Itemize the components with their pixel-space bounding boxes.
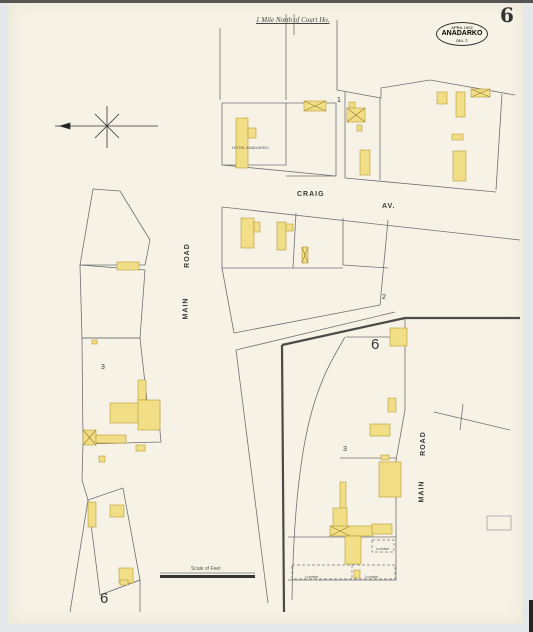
block-number-3-right: 3 [343,446,347,453]
street-main-upper: MAIN [182,298,189,320]
sheet-ref-lower: 6 [100,590,108,607]
street-craig: CRAIG [297,191,325,198]
sheet-number: 6 [500,3,514,27]
street-main-lower: MAIN [418,481,425,503]
hotel-label: HOTEL ANADARKO [232,145,269,150]
sheet-ref-upper: 6 [371,336,379,353]
scale-bar [160,573,255,578]
block-number-2: 2 [382,294,386,301]
stamp-territory: OKL.T. [437,38,487,43]
compass-rose-icon [55,106,158,148]
street-road-upper: ROAD [184,243,191,268]
north-note: 1 Mile North of Court Ho. [256,16,330,24]
block-number-1: 1 [337,97,341,104]
block-number-3-left: 3 [101,364,105,371]
stamp-city: ANADARKO [437,30,487,38]
map-drawing [0,0,533,632]
street-av: AV. [382,203,396,210]
scale-label: Scale of Feet [191,566,220,572]
lumber-label-1: Lumber [376,546,390,551]
street-road-lower: ROAD [420,431,427,456]
lumber-label-3: Lumber [365,574,379,579]
lumber-label-2: Lumber [305,574,319,579]
title-stamp: APRIL 1902 ANADARKO OKL.T. [436,22,488,46]
